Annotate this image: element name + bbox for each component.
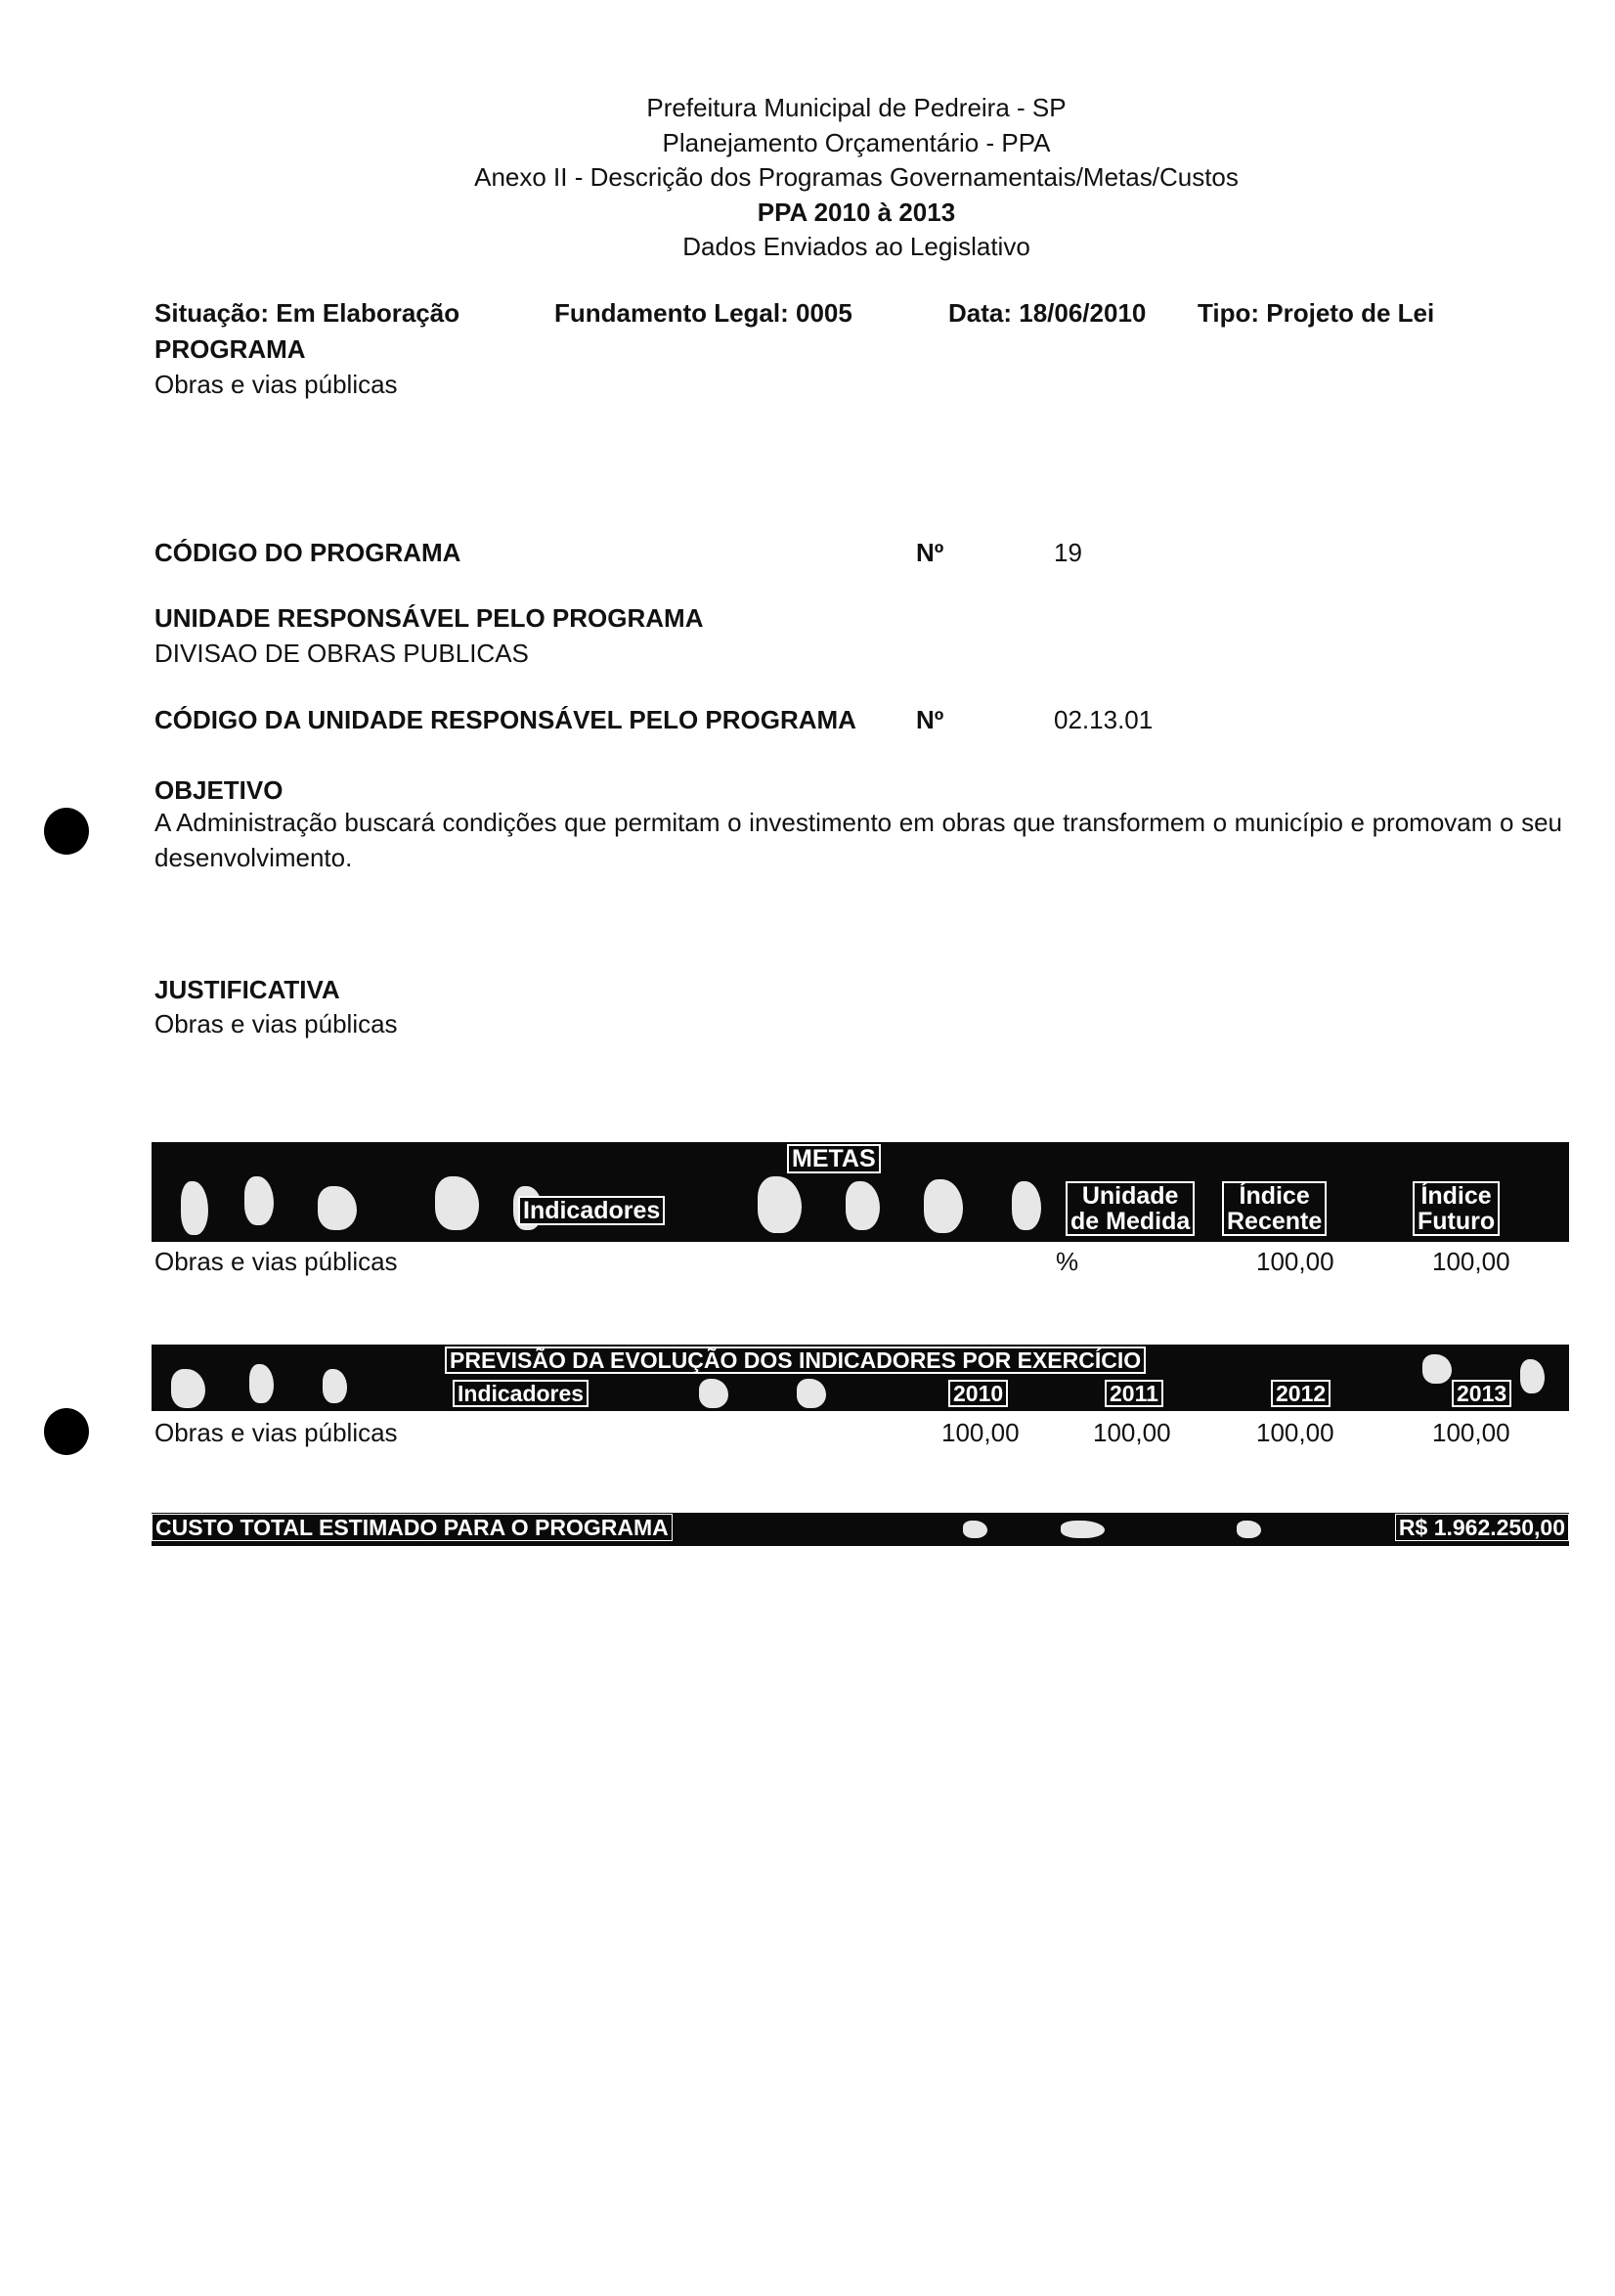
justificativa-text: Obras e vias públicas [154,1009,398,1038]
codigo-unidade-label: CÓDIGO DA UNIDADE RESPONSÁVEL PELO PROGR… [154,705,856,734]
header-annex: Anexo II - Descrição dos Programas Gover… [0,162,1615,192]
objetivo-label: OBJETIVO [154,775,283,805]
metas-title: METAS [787,1144,881,1173]
codigo-programa-label: CÓDIGO DO PROGRAMA [154,538,460,567]
custo-value: R$ 1.962.250,00 [1395,1514,1569,1541]
metas-row-unidade: % [1056,1247,1078,1276]
header-planning: Planejamento Orçamentário - PPA [0,128,1615,157]
status-situacao: Situação: Em Elaboração [154,298,459,328]
punch-hole [44,1408,89,1455]
status-data: Data: 18/06/2010 [948,298,1146,328]
programa-value: Obras e vias públicas [154,370,398,399]
status-tipo: Tipo: Projeto de Lei [1198,298,1434,328]
previsao-col-2010: 2010 [948,1380,1008,1407]
punch-hole [44,808,89,855]
metas-col-recente: Índice Recente [1222,1181,1327,1236]
previsao-row-2011: 100,00 [1093,1418,1171,1447]
unidade-label: UNIDADE RESPONSÁVEL PELO PROGRAMA [154,603,703,633]
previsao-col-indicadores: Indicadores [453,1380,589,1407]
previsao-row-2012: 100,00 [1256,1418,1334,1447]
codigo-programa-num-label: Nº [916,538,943,567]
previsao-row-2010: 100,00 [941,1418,1020,1447]
previsao-col-2011: 2011 [1105,1380,1163,1407]
metas-row-recente: 100,00 [1256,1247,1334,1276]
metas-row-futuro: 100,00 [1432,1247,1510,1276]
previsao-row-2013: 100,00 [1432,1418,1510,1447]
previsao-col-2013: 2013 [1452,1380,1511,1407]
metas-col-futuro: Índice Futuro [1413,1181,1500,1236]
metas-col-indicadores: Indicadores [518,1196,665,1225]
metas-row-indicador: Obras e vias públicas [154,1247,398,1276]
header-municipality: Prefeitura Municipal de Pedreira - SP [0,93,1615,122]
metas-header-band: METAS Indicadores Unidade de Medida Índi… [152,1142,1569,1242]
justificativa-label: JUSTIFICATIVA [154,975,340,1004]
codigo-unidade-value: 02.13.01 [1054,705,1153,734]
programa-label: PROGRAMA [154,334,306,364]
header-period: PPA 2010 à 2013 [0,198,1615,227]
custo-band: CUSTO TOTAL ESTIMADO PARA O PROGRAMA R$ … [152,1513,1569,1546]
unidade-value: DIVISAO DE OBRAS PUBLICAS [154,639,529,668]
codigo-unidade-num-label: Nº [916,705,943,734]
previsao-row-indicador: Obras e vias públicas [154,1418,398,1447]
previsao-col-2012: 2012 [1271,1380,1331,1407]
header-legislative: Dados Enviados ao Legislativo [0,232,1615,261]
previsao-header-band: PREVISÃO DA EVOLUÇÃO DOS INDICADORES POR… [152,1345,1569,1411]
objetivo-text: A Administração buscará condições que pe… [154,805,1562,875]
previsao-title: PREVISÃO DA EVOLUÇÃO DOS INDICADORES POR… [445,1347,1146,1374]
custo-label: CUSTO TOTAL ESTIMADO PARA O PROGRAMA [152,1514,673,1541]
metas-col-unidade: Unidade de Medida [1066,1181,1195,1236]
codigo-programa-value: 19 [1054,538,1082,567]
status-fundamento: Fundamento Legal: 0005 [554,298,852,328]
